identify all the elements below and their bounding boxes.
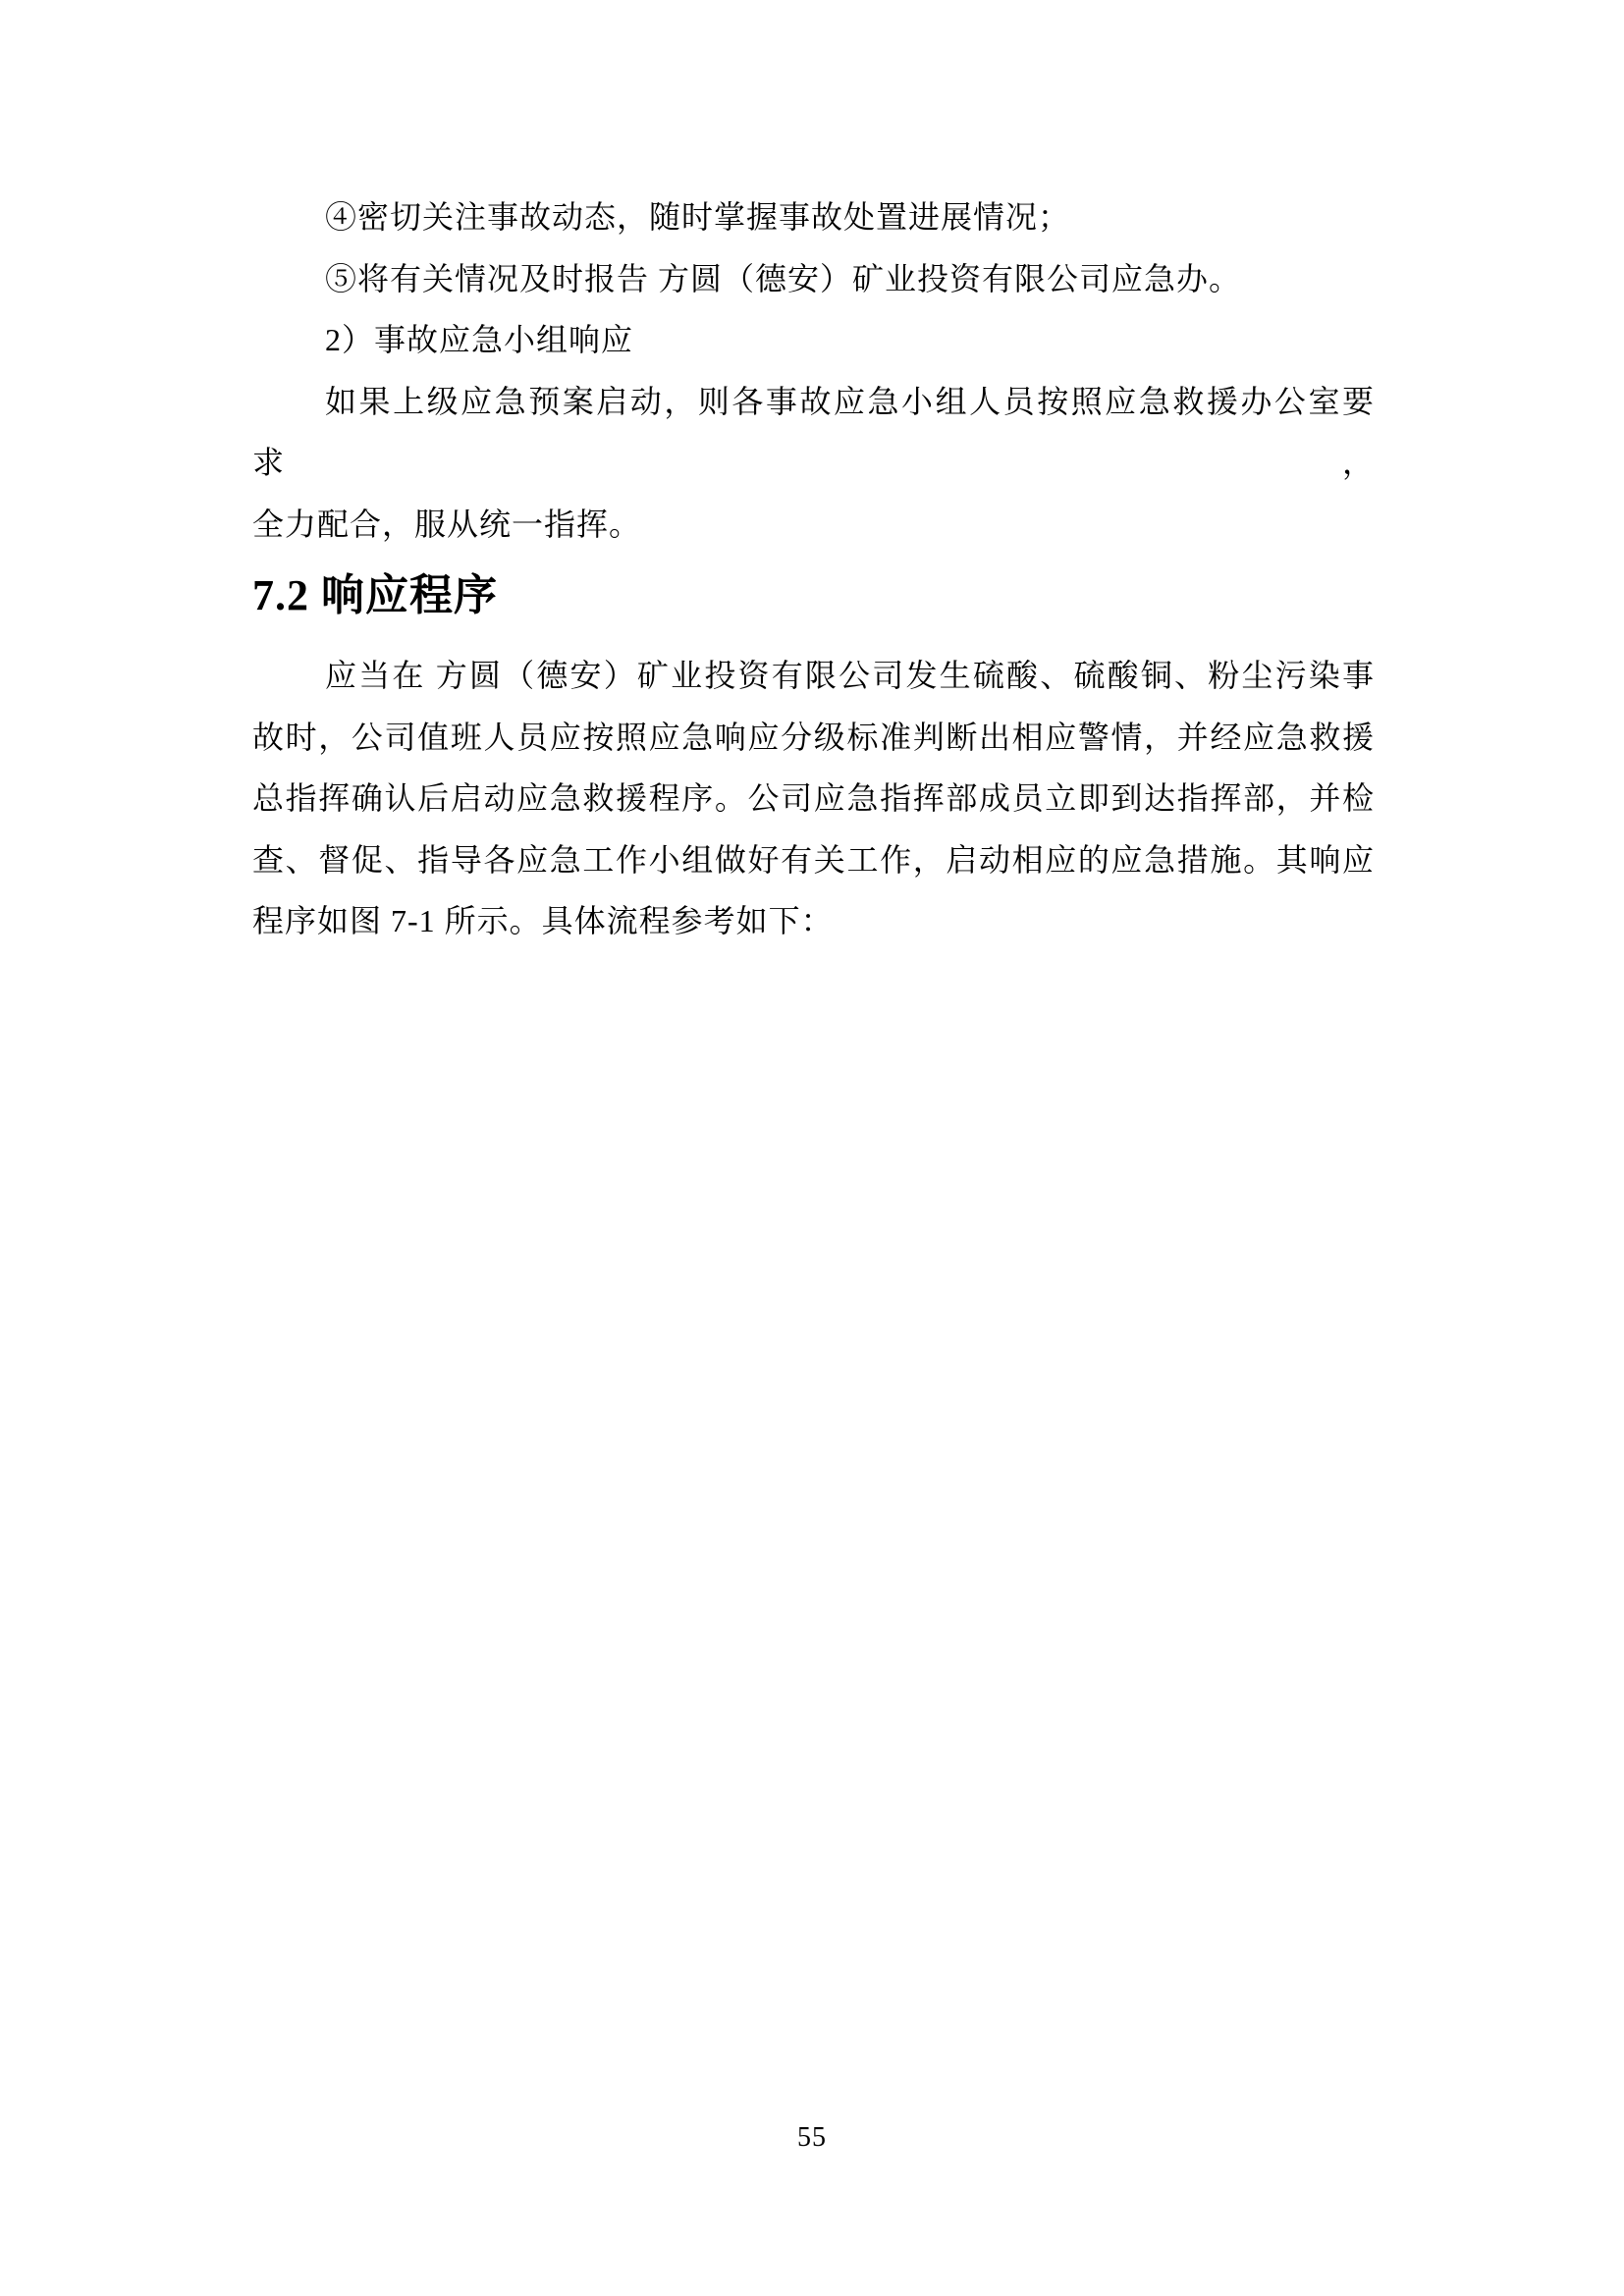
paragraph-response-procedure-line-4: 查、督促、指导各应急工作小组做好有关工作，启动相应的应急措施。其响应 [252, 829, 1375, 891]
section-heading-7-2: 7.2 响应程序 [252, 571, 1375, 620]
paragraph-superior-plan-line-2: 全力配合，服从统一指挥。 [252, 494, 1375, 556]
paragraph-response-procedure-line-3: 总指挥确认后启动应急救援程序。公司应急指挥部成员立即到达指挥部，并检 [252, 768, 1375, 829]
list-item-circled-5: ⑤将有关情况及时报告 方圆（德安）矿业投资有限公司应急办。 [252, 248, 1375, 310]
list-item-2-group-response: 2）事故应急小组响应 [252, 309, 1375, 371]
page-number: 55 [0, 2121, 1624, 2155]
paragraph-response-procedure-line-5: 程序如图 7-1 所示。具体流程参考如下： [252, 890, 1375, 952]
page-body: ④密切关注事故动态，随时掌握事故处置进展情况； ⑤将有关情况及时报告 方圆（德安… [252, 187, 1375, 952]
paragraph-response-procedure-line-2: 故时，公司值班人员应按照应急响应分级标准判断出相应警情，并经应急救援 [252, 707, 1375, 769]
list-item-circled-4: ④密切关注事故动态，随时掌握事故处置进展情况； [252, 187, 1375, 248]
paragraph-superior-plan-line-1: 如果上级应急预案启动，则各事故应急小组人员按照应急救援办公室要求， [252, 371, 1375, 494]
paragraph-response-procedure-line-1: 应当在 方圆（德安）矿业投资有限公司发生硫酸、硫酸铜、粉尘污染事 [252, 645, 1375, 707]
document-page: ④密切关注事故动态，随时掌握事故处置进展情况； ⑤将有关情况及时报告 方圆（德安… [0, 0, 1624, 2296]
